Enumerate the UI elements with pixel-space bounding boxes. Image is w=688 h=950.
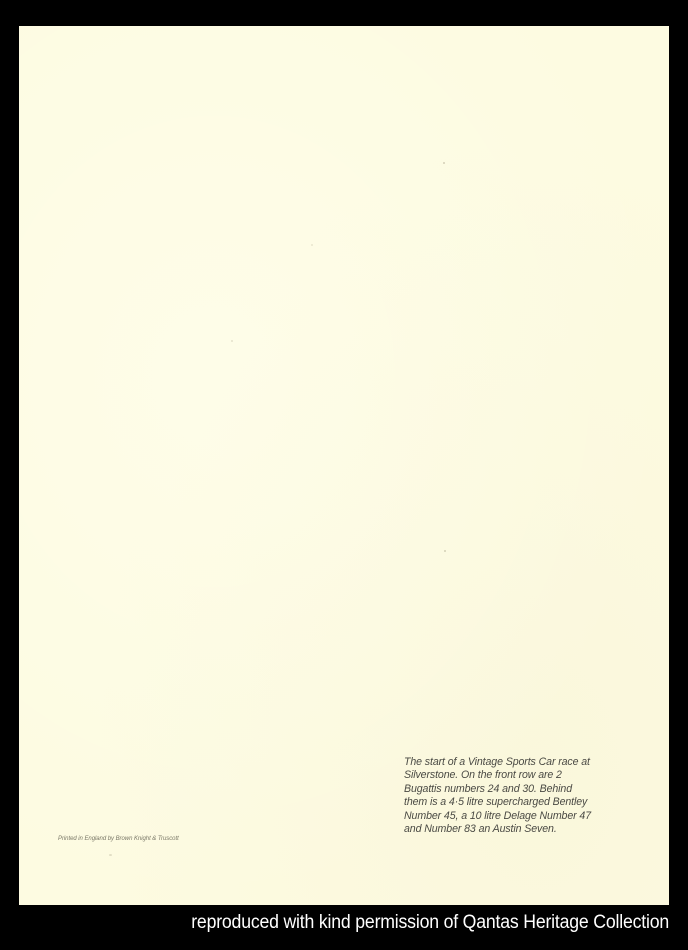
- paper-speck: [109, 854, 112, 856]
- caption-line: Silverstone. On the front row are 2: [404, 769, 654, 782]
- caption-line: and Number 83 an Austin Seven.: [404, 823, 654, 836]
- paper-sheet: The start of a Vintage Sports Car race a…: [19, 26, 669, 905]
- caption-line: Bugattis numbers 24 and 30. Behind: [404, 783, 654, 796]
- paper-speck: [311, 244, 313, 246]
- caption-line: Number 45, a 10 litre Delage Number 47: [404, 810, 654, 823]
- attribution-text: reproduced with kind permission of Qanta…: [47, 912, 669, 934]
- caption-line: The start of a Vintage Sports Car race a…: [404, 756, 654, 769]
- printer-credit: Printed in England by Brown Knight & Tru…: [58, 836, 179, 842]
- paper-speck: [444, 550, 446, 552]
- photo-caption: The start of a Vintage Sports Car race a…: [404, 756, 654, 836]
- paper-speck: [231, 340, 233, 342]
- caption-line: them is a 4·5 litre supercharged Bentley: [404, 796, 654, 809]
- paper-speck: [443, 162, 445, 164]
